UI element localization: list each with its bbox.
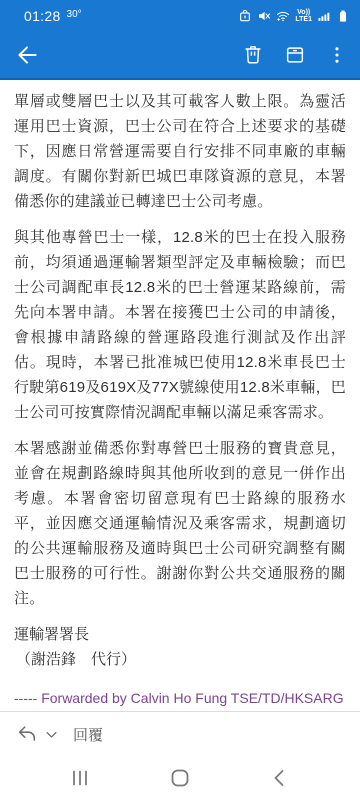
- email-paragraph-2: 與其他專營巴士一樣，12.8米的巴士在投入服務前，均須通過運輸署類型評定及車輛檢…: [14, 225, 346, 425]
- reply-label[interactable]: 回覆: [73, 724, 103, 745]
- back-icon: [14, 42, 40, 68]
- recents-icon: [68, 766, 92, 790]
- navigation-bar: [0, 756, 360, 800]
- more-options-icon: [326, 44, 348, 66]
- secure-folder-icon: [238, 9, 252, 23]
- more-options-button[interactable]: [326, 44, 348, 66]
- nav-back-button[interactable]: [268, 766, 292, 790]
- mute-icon: [257, 9, 271, 23]
- nav-back-icon: [268, 766, 292, 790]
- status-icons: Vo)) LTE1: [238, 9, 350, 23]
- battery-icon: [336, 9, 350, 23]
- chevron-down-icon[interactable]: [44, 727, 59, 742]
- email-body: 單層或雙層巴士以及其可載客人數上限。為靈活運用巴士資源，巴士公司在符合上述要求的…: [0, 82, 360, 711]
- forwarded-header: ----- Forwarded by Calvin Ho Fung TSE/TD…: [14, 685, 346, 711]
- email-paragraph-1: 單層或雙層巴士以及其可載客人數上限。為靈活運用巴士資源，巴士公司在符合上述要求的…: [14, 89, 346, 214]
- delete-button[interactable]: [242, 44, 264, 66]
- signal-icon: [317, 9, 331, 23]
- reply-bar[interactable]: 回覆: [0, 712, 360, 756]
- status-temperature: 30°: [67, 9, 82, 20]
- move-to-folder-icon: [284, 44, 306, 66]
- status-time: 01:28: [24, 8, 61, 24]
- wifi-icon: [276, 9, 290, 23]
- email-paragraph-3: 本署感謝並備悉你對專營巴士服務的寶貴意見，並會在規劃路線時與其他所收到的意見一併…: [14, 436, 346, 611]
- move-to-folder-button[interactable]: [284, 44, 306, 66]
- volte-indicator: Vo)) LTE1: [295, 9, 312, 23]
- signature-name: （謝浩鋒 代行）: [14, 647, 346, 672]
- recents-button[interactable]: [68, 766, 92, 790]
- home-button[interactable]: [168, 766, 192, 790]
- signature-title: 運輸署署長: [14, 622, 346, 647]
- app-bar: [0, 32, 360, 80]
- home-icon: [168, 766, 192, 790]
- reply-icon[interactable]: [16, 723, 38, 745]
- email-app-screen: 01:28 30° Vo)) LTE1: [0, 0, 360, 800]
- back-button[interactable]: [14, 42, 40, 68]
- status-bar: 01:28 30° Vo)) LTE1: [0, 0, 360, 32]
- trash-icon: [242, 44, 264, 66]
